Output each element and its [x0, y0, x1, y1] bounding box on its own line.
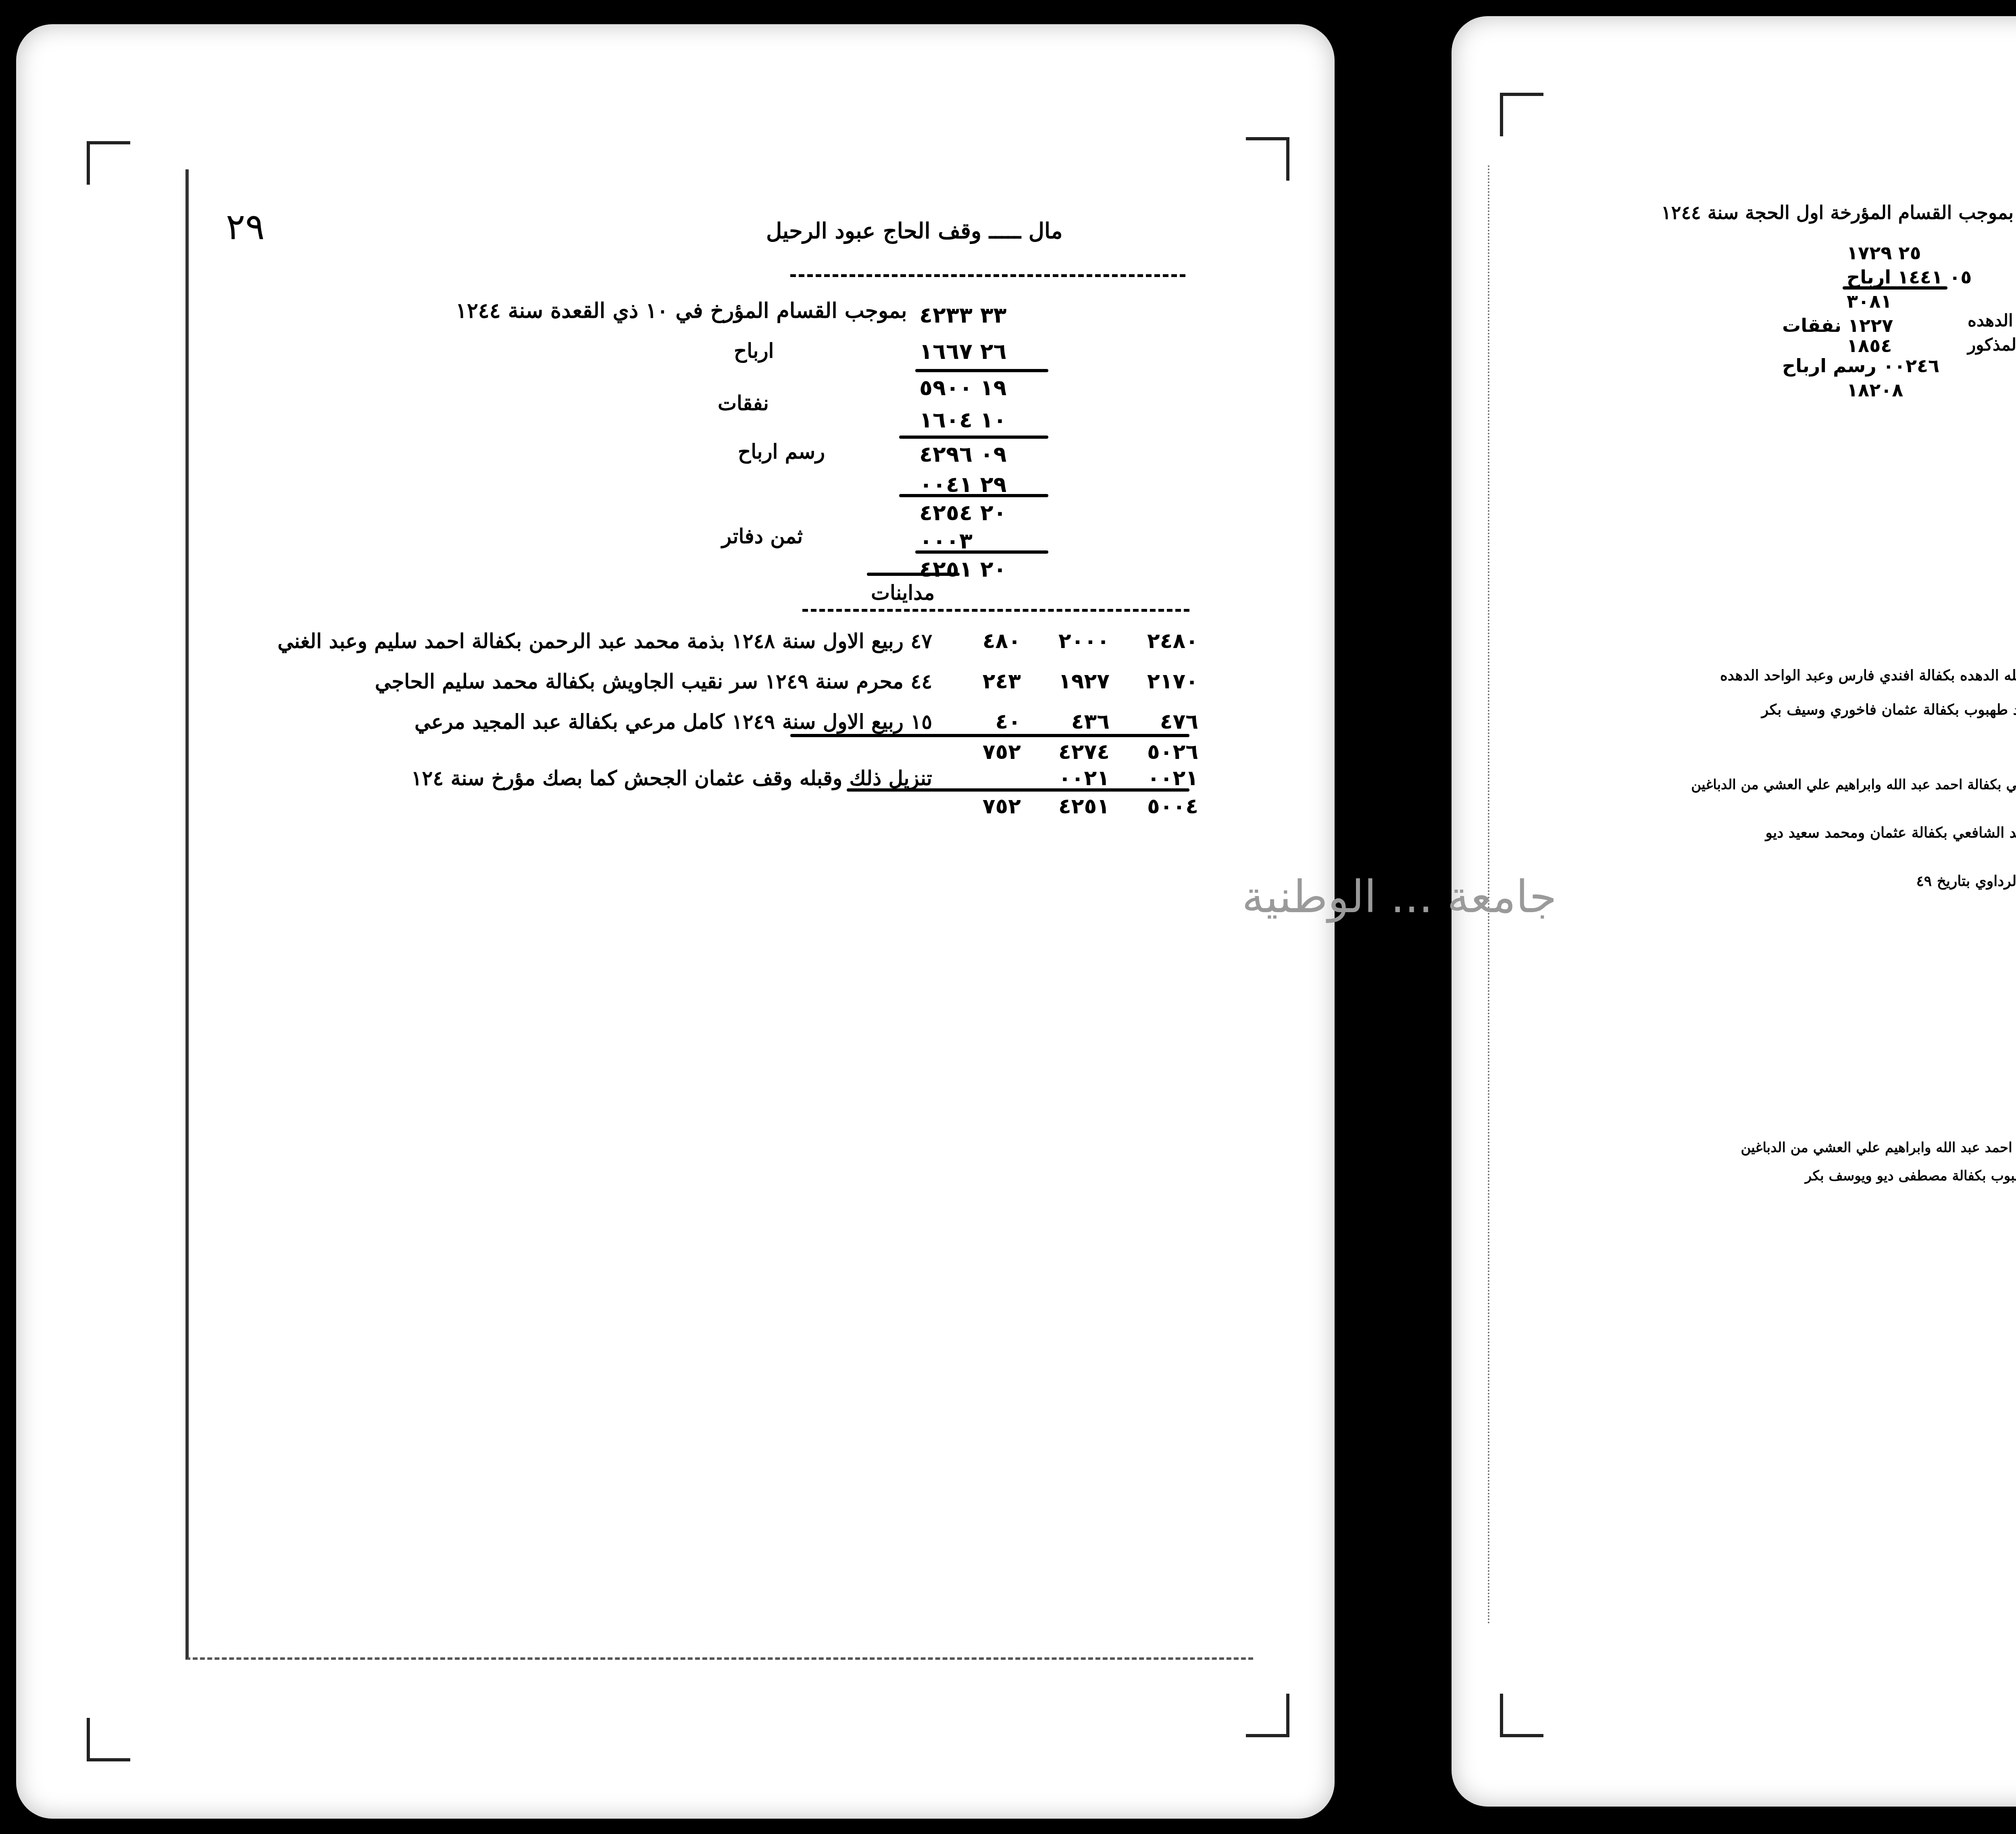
crop-mark-top-left: [1500, 93, 1543, 136]
crop-mark-bottom-right: [1246, 1694, 1289, 1737]
table-row: ٠٦٢٩٠٥٦١٠٦٧٢٤٤ رمضان سنة ١٢٤٩ شهر ١٤ بذم…: [1691, 770, 2016, 794]
table-row: ٢٤٨٠ ٢٠٠٠ ٤٨٠ ٤٧ ربيع الاول سنة ١٢٤٨ بذم…: [277, 629, 1198, 653]
table-row: ٤٧٦ ٤٣٦ ٤٠ ١٥ ربيع الاول سنة ١٢٤٩ كامل م…: [414, 710, 1198, 734]
table-header-rule: [802, 609, 1189, 615]
table-row: ٥٧١٥١٠٦١٥ ٢٤ شوال سنة ١٢٤٩ شهر ١٢ بذمة س…: [1805, 1161, 2016, 1186]
table-row: ٢٠١٨١٨٧٢١٤٦٤ ٨ شوال سنة ١٢٤٩ شهر ١٤ بذمة…: [1766, 819, 2016, 843]
subtotal-row: ٥٠٢٦ ٤٢٧٤ ٧٥٢: [960, 740, 1198, 764]
adjustment-row: ٠٠٢١ ٠٠٢١ تنزيل ذلك وقبله وقف عثمان الجح…: [411, 766, 1198, 790]
table-row: ١٣٨٨١٢١٠٧٨٢٤٤ رمضان سنة ١٢٤٩ بذمة حامد ا…: [1741, 1133, 2016, 1157]
section-title-debts: مداينات: [871, 581, 935, 604]
header-rule: [790, 274, 1185, 280]
crop-mark-top-left: [87, 141, 130, 185]
table-row: ٢١٧٠ ١٩٢٧ ٢٤٣ ٤٤ محرم سنة ١٢٤٩ سر نقيب ا…: [375, 669, 1198, 694]
crop-mark-bottom-left: [87, 1718, 130, 1761]
correction-table: ١٣٨٨١٢١٠٧٨٢٤٤ رمضان سنة ١٢٤٩ بذمة حامد ا…: [1524, 1129, 2016, 1218]
library-watermark: جامعة ... الوطنية: [1242, 871, 1557, 923]
side-note-heading: الاصل بموجب القسام المؤرخة اول الحجة سنة…: [1661, 202, 2016, 223]
total-row: ٥٠٠٤ ٤٢٥١ ٧٥٢: [960, 794, 1198, 819]
table-row: ١٢١٧١١٧٦١٤٠اخر ذي الحجة سنة ١٢٤٧ شهر ١٤ …: [1720, 661, 2016, 686]
page-number: ٢٩: [226, 206, 265, 248]
table-row: ٢١٥٦١٩٩٥١٦١ضم اسم سليمان طهبوب الى قرض س…: [1916, 867, 2016, 891]
account-heading: مال ـــــ وقف الحاج عبود الرحيل: [766, 218, 1062, 244]
debts-table: ١٢١٧١١٧٦١٤٠اخر ذي الحجة سنة ١٢٤٧ شهر ١٤ …: [1524, 661, 2016, 1048]
crop-mark-bottom-left: [1500, 1694, 1543, 1737]
table-row: ٩٦٩٥٦١٦٧١٤١ رمضان سنة ١٢٤٩ شهر ١٤ سليمان…: [1762, 696, 2016, 720]
